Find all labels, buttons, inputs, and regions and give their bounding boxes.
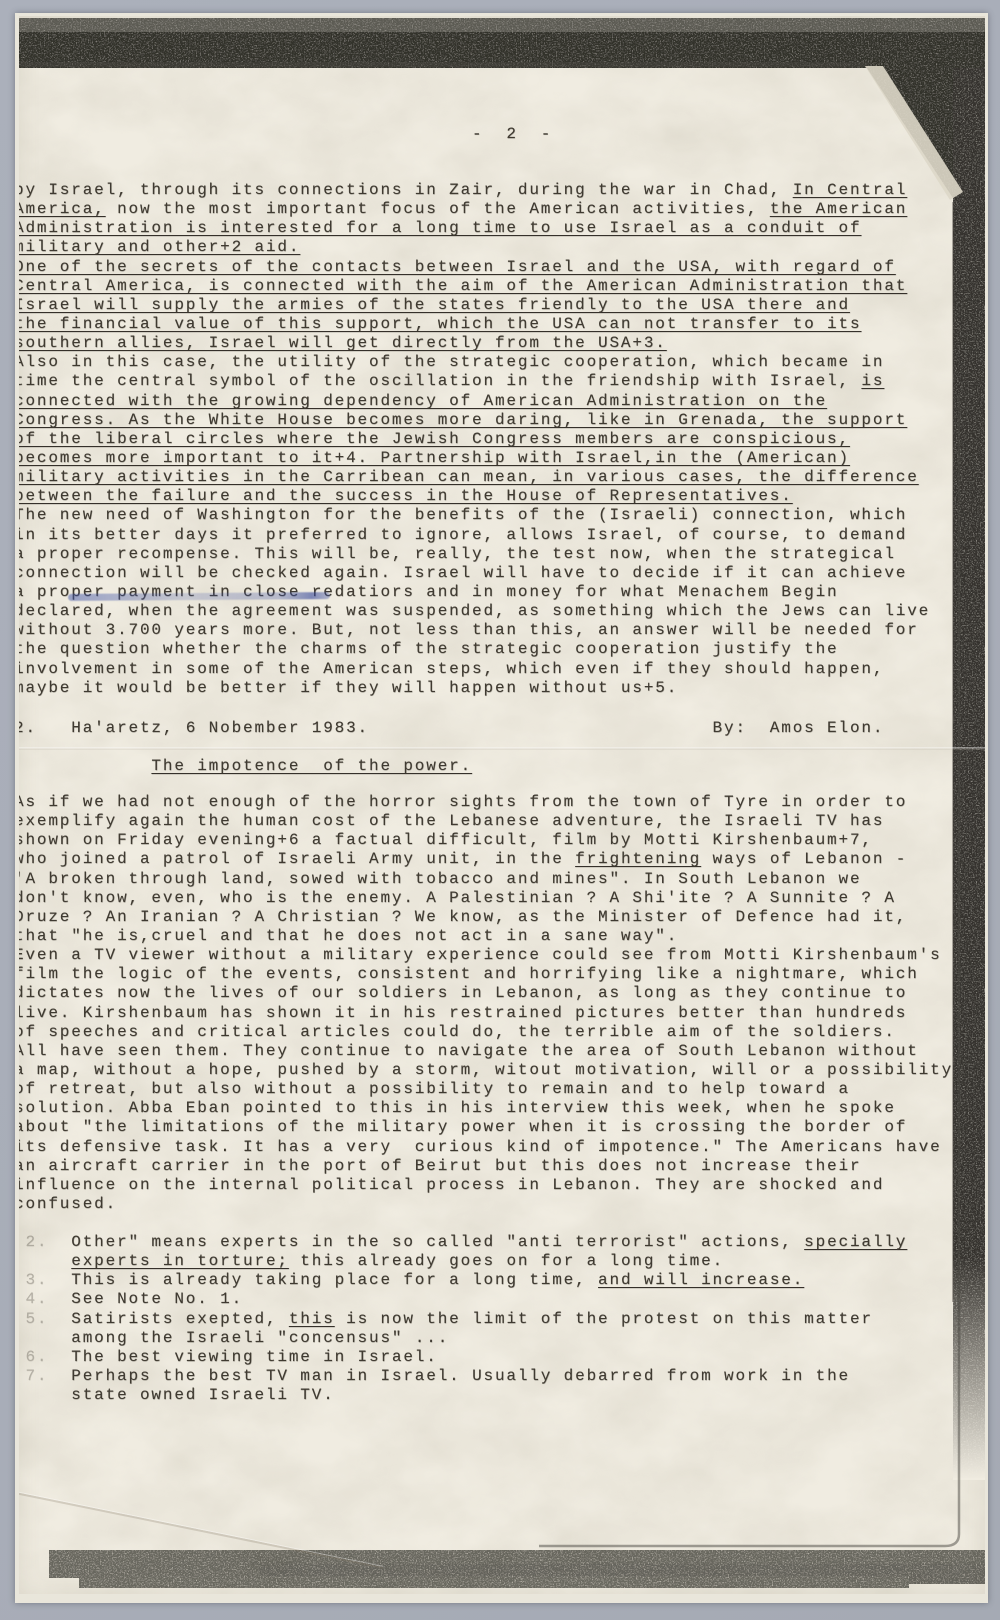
text-line: confused. xyxy=(19,1195,953,1214)
text-line: 7. Perhaps the best TV man in Israel. Us… xyxy=(19,1367,907,1386)
document-scan: - 2 - by Israel, through its connections… xyxy=(0,0,1000,1620)
text-line: time the central symbol of the oscillati… xyxy=(19,372,930,391)
text-line: maybe it would be better if they will ha… xyxy=(19,679,930,698)
text-line: don't know, even, who is the enemy. A Pa… xyxy=(19,889,953,908)
text-line: of retreat, but also without a possibili… xyxy=(19,1080,953,1099)
text-line: connected with the growing dependency of… xyxy=(19,392,930,411)
text-line: Druze ? An Iranian ? A Christian ? We kn… xyxy=(19,908,953,927)
text-line: 5. Satirists exepted, this is now the li… xyxy=(19,1310,907,1329)
text-line: military and other+2 aid. xyxy=(19,238,930,257)
text-line: declared, when the agreement was suspend… xyxy=(19,602,930,621)
text-line: - 2 - xyxy=(472,125,552,144)
text-line: of speeches and critical articles could … xyxy=(19,1023,953,1042)
text-line: without 3.700 years more. But, not less … xyxy=(19,621,930,640)
article-1-text: by Israel, through its connections in Za… xyxy=(19,181,930,698)
text-line: Administration is interested for a long … xyxy=(19,219,930,238)
text-line: solution. Abba Eban pointed to this in h… xyxy=(19,1099,953,1118)
text-line: Even a TV viewer without a military expe… xyxy=(19,946,953,965)
text-line: military activities in the Carribean can… xyxy=(19,468,930,487)
page-number: - 2 - xyxy=(472,125,552,144)
text-line: experts in torture; this already goes on… xyxy=(19,1252,907,1271)
text-line: a map, without a hope, pushed by a storm… xyxy=(19,1061,953,1080)
text-line: Israel will supply the armies of the sta… xyxy=(19,296,930,315)
footnotes: 2. Other" means experts in the so called… xyxy=(19,1233,907,1405)
text-line: among the Israeli "concensus" ... xyxy=(19,1329,907,1348)
text-line: influence on the internal political proc… xyxy=(19,1176,953,1195)
text-line: Congress. As the White House becomes mor… xyxy=(19,411,930,430)
text-line: 'A broken through land, sowed with tobac… xyxy=(19,870,953,889)
text-line: in its better days it preferred to ignor… xyxy=(19,526,930,545)
text-line: southern allies, Israel will get directl… xyxy=(19,334,930,353)
text-line: The impotence of the power. xyxy=(19,757,472,776)
text-line: its defensive task. It has a very curiou… xyxy=(19,1138,953,1157)
text-line: One of the secrets of the contacts betwe… xyxy=(19,258,930,277)
text-line: shown on Friday evening+6 a factual diff… xyxy=(19,831,953,850)
text-line: dictates now the lives of our soldiers i… xyxy=(19,984,953,1003)
text-line: live. Kirshenbaum has shown it in his re… xyxy=(19,1004,953,1023)
text-line: connection will be checked again. Israel… xyxy=(19,564,930,583)
text-line: 3. This is already taking place for a lo… xyxy=(19,1271,907,1290)
typewritten-content: - 2 - by Israel, through its connections… xyxy=(19,16,985,1594)
text-line: an aircraft carrier in the port of Beiru… xyxy=(19,1157,953,1176)
text-line: 2. Ha'aretz, 6 Nobember 1983. By: Amos E… xyxy=(19,719,884,738)
text-line: becomes more important to it+4. Partners… xyxy=(19,449,930,468)
text-line: Also in this case, the utility of the st… xyxy=(19,353,930,372)
text-line: 2. Other" means experts in the so called… xyxy=(19,1233,907,1252)
text-line: exemplify again the human cost of the Le… xyxy=(19,812,953,831)
article-2-title: The impotence of the power. xyxy=(19,757,472,776)
text-line: by Israel, through its connections in Za… xyxy=(19,181,930,200)
text-line: of the liberal circles where the Jewish … xyxy=(19,430,930,449)
text-line: All have seen them. They continue to nav… xyxy=(19,1042,953,1061)
text-line: state owned Israeli TV. xyxy=(19,1386,907,1405)
text-line: a proper recompense. This will be, reall… xyxy=(19,545,930,564)
text-line: America, now the most important focus of… xyxy=(19,200,930,219)
text-line: who joined a patrol of Israeli Army unit… xyxy=(19,850,953,869)
paper-sheet: - 2 - by Israel, through its connections… xyxy=(19,16,985,1594)
text-line: involvement in some of the American step… xyxy=(19,660,930,679)
text-line: the question whether the charms of the s… xyxy=(19,640,930,659)
text-line: that "he is,cruel and that he does not a… xyxy=(19,927,953,946)
article-2-citation: 2. Ha'aretz, 6 Nobember 1983. By: Amos E… xyxy=(19,719,884,738)
text-line: 4. See Note No. 1. xyxy=(19,1290,907,1309)
article-2-text: As if we had not enough of the horror si… xyxy=(19,793,953,1214)
text-line: The new need of Washington for the benef… xyxy=(19,506,930,525)
text-line: Central America, is connected with the a… xyxy=(19,277,930,296)
text-line: the financial value of this support, whi… xyxy=(19,315,930,334)
text-line: between the failure and the success in t… xyxy=(19,487,930,506)
text-line: As if we had not enough of the horror si… xyxy=(19,793,953,812)
text-line: film the logic of the events, consistent… xyxy=(19,965,953,984)
text-line: about "the limitations of the military p… xyxy=(19,1118,953,1137)
text-line: 6. The best viewing time in Israel. xyxy=(19,1348,907,1367)
